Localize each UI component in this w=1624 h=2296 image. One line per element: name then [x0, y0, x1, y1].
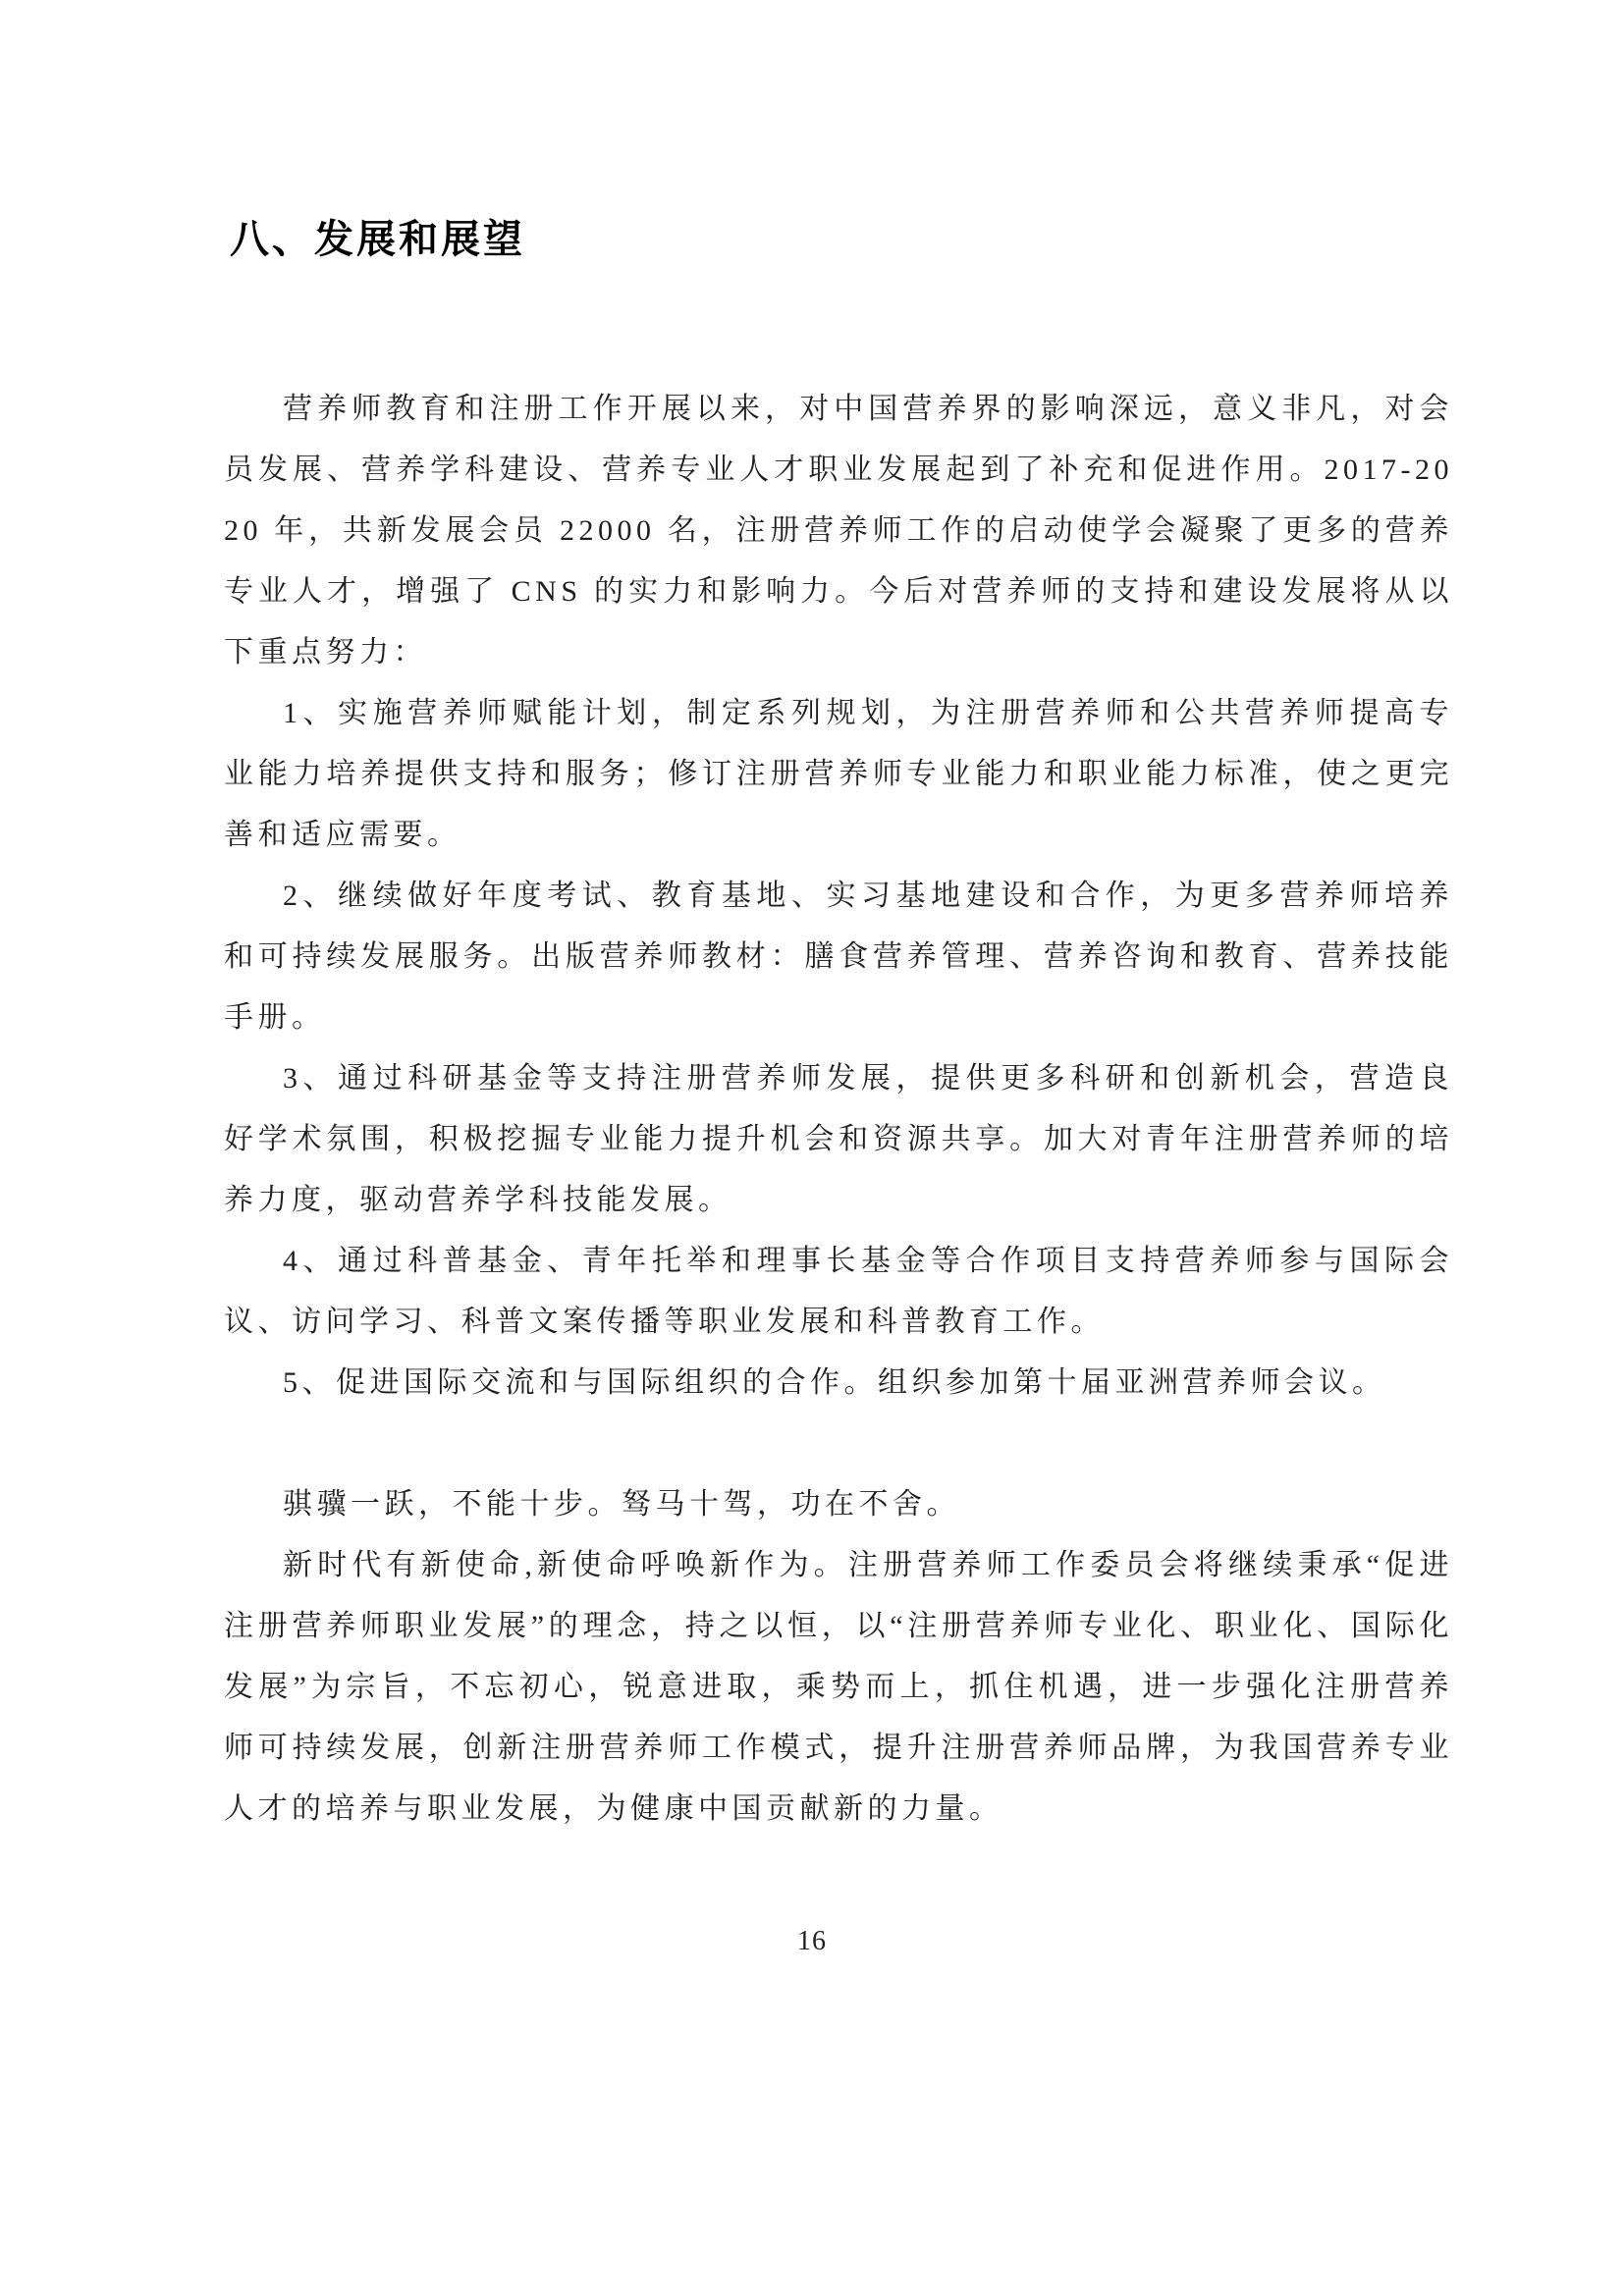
paragraph-closing: 新时代有新使命,新使命呼唤新作为。注册营养师工作委员会将继续秉承“促进注册营养师… — [224, 1535, 1453, 1840]
section-heading: 八、发展和展望 — [230, 218, 1453, 261]
document-page: 八、发展和展望 营养师教育和注册工作开展以来，对中国营养界的影响深远，意义非凡，… — [0, 0, 1624, 2296]
paragraph-item-3: 3、通过科研基金等支持注册营养师发展，提供更多科研和创新机会，营造良好学术氛围，… — [224, 1048, 1453, 1231]
document-body: 营养师教育和注册工作开展以来，对中国营养界的影响深远，意义非凡，对会员发展、营养… — [224, 379, 1453, 1840]
paragraph-item-2: 2、继续做好年度考试、教育基地、实习基地建设和合作，为更多营养师培养和可持续发展… — [224, 866, 1453, 1048]
paragraph-proverb: 骐骥一跃，不能十步。驽马十驾，功在不舍。 — [224, 1474, 1453, 1535]
paragraph-intro: 营养师教育和注册工作开展以来，对中国营养界的影响深远，意义非凡，对会员发展、营养… — [224, 379, 1453, 683]
page-number: 16 — [797, 1926, 827, 1956]
paragraph-item-1: 1、实施营养师赋能计划，制定系列规划，为注册营养师和公共营养师提高专业能力培养提… — [224, 683, 1453, 866]
paragraph-item-4: 4、通过科普基金、青年托举和理事长基金等合作项目支持营养师参与国际会议、访问学习… — [224, 1231, 1453, 1353]
paragraph-item-5: 5、促进国际交流和与国际组织的合作。组织参加第十届亚洲营养师会议。 — [224, 1353, 1453, 1414]
page-footer: 16 — [0, 1926, 1624, 1957]
